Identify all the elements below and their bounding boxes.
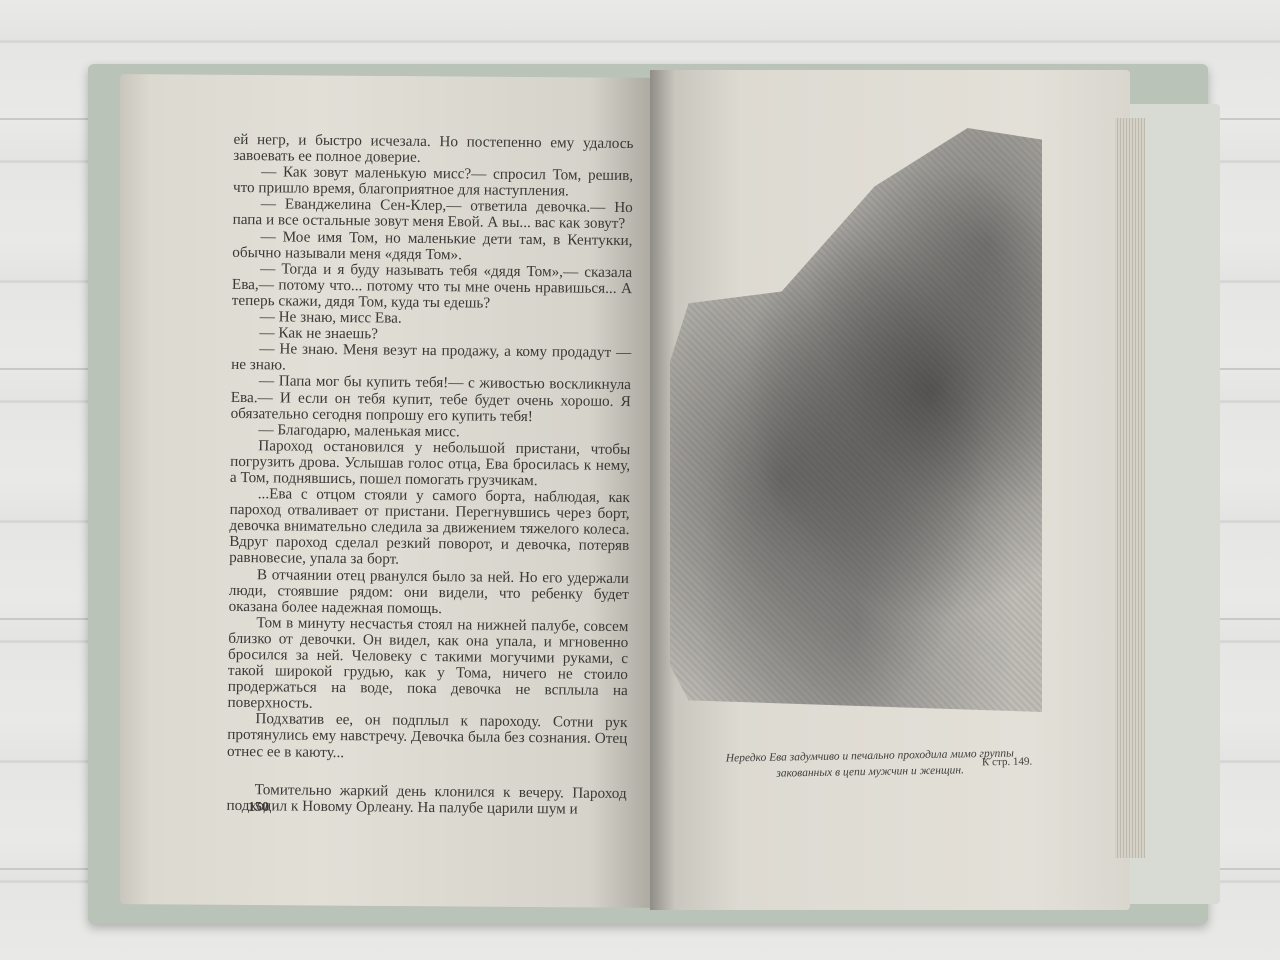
paragraph: — Еванджелина Сен-Клер,— ответила девочк… [233, 196, 633, 232]
paragraph: В отчаянии отец рванулся было за ней. Но… [229, 566, 629, 618]
left-page-text: ей негр, и быстро исчезала. Но постепенн… [226, 132, 633, 818]
paragraph: — Тогда и я буду называть тебя «дядя Том… [232, 261, 632, 313]
page-number: 150 [248, 800, 269, 816]
caption-page-reference: К стр. 149. [982, 756, 1032, 769]
page-stack-edges [1115, 118, 1145, 858]
paragraph: Подхватив ее, он подплыл к пароходу. Сот… [227, 711, 627, 763]
paragraph: Том в минуту несчастья стоял на нижней п… [228, 615, 629, 716]
paragraph: — Папа мог бы купить тебя!— с живостью в… [231, 373, 631, 425]
paragraph: Томительно жаркий день клонился к вечеру… [226, 782, 626, 818]
paragraph: Пароход остановился у небольшой пристани… [230, 438, 630, 490]
paragraph: — Мое имя Том, но маленькие дети там, в … [232, 228, 632, 264]
paragraph: ...Ева с отцом стояли у самого борта, на… [229, 486, 630, 571]
